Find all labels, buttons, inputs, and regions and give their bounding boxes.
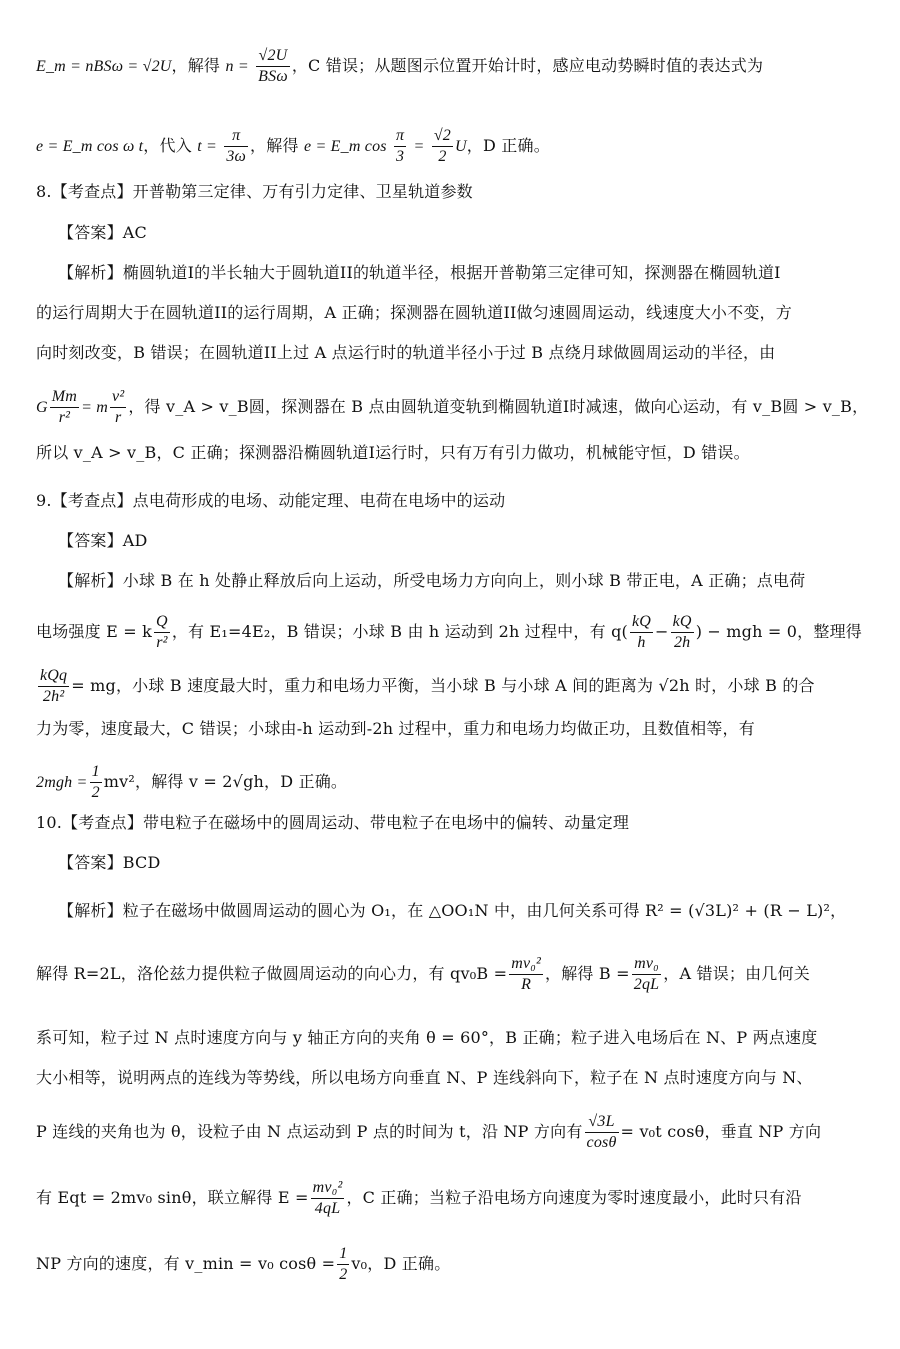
q9-text: 电场强度 E = k xyxy=(36,622,152,641)
q9-analysis-2: 电场强度 E = kQr²，有 E₁=4E₂，B 错误；小球 B 由 h 运动到… xyxy=(36,614,870,651)
q9-analysis-5: 2mgh =12mv²，解得 v = 2√gh，D 正确。 xyxy=(36,764,870,801)
q8-analysis-3: 向时刻改变，B 错误；在圆轨道II上过 A 点运行时的轨道半径小于过 B 点绕月… xyxy=(36,342,870,364)
fraction-root3l-cos: √3Lcosθ xyxy=(585,1114,619,1151)
frac-den: 4qL xyxy=(311,1199,345,1217)
q10-text: v₀，D 正确。 xyxy=(351,1254,450,1273)
q10-header: 10.【考查点】带电粒子在磁场中的圆周运动、带电粒子在电场中的偏转、动量定理 xyxy=(36,812,870,834)
q10-analysis-2: 解得 R=2L，洛伦兹力提供粒子做圆周运动的向心力，有 qv₀B =mv₀²R，… xyxy=(36,956,870,993)
frac-den: 2h² xyxy=(38,687,69,705)
fraction-half: 12 xyxy=(337,1246,349,1283)
q10-analysis-1: 【解析】粒子在磁场中做圆周运动的圆心为 O₁，在 △OO₁N 中，由几何关系可得… xyxy=(58,900,870,922)
frac-den: 2 xyxy=(432,147,453,165)
q10-answer: 【答案】BCD xyxy=(58,852,870,874)
frac-num: mv₀ xyxy=(632,956,662,975)
frac-num: 1 xyxy=(337,1246,349,1265)
formula-g: G xyxy=(36,399,48,416)
q10-text: ，A 错误；由几何关 xyxy=(663,964,810,983)
q9-text: = mg，小球 B 速度最大时，重力和电场力平衡，当小球 B 与小球 A 间的距… xyxy=(71,676,814,695)
q7-fraction-t: π3ω xyxy=(224,128,248,165)
q9-text: mv²，解得 v = 2√gh，D 正确。 xyxy=(104,772,347,791)
q7-fraction-n: √2UBSω xyxy=(256,48,290,85)
q7-u: U xyxy=(455,138,467,155)
q9-header: 9.【考查点】点电荷形成的电场、动能定理、电荷在电场中的运动 xyxy=(36,490,870,512)
frac-num: √2U xyxy=(256,48,290,67)
minus: − xyxy=(655,622,669,641)
q9-text: ) − mgh = 0，整理得 xyxy=(696,622,862,641)
fraction-mm-r2: Mmr² xyxy=(50,389,79,426)
q7-text: ，代入 xyxy=(143,136,192,155)
frac-num: √3L xyxy=(585,1114,619,1133)
q9-answer: 【答案】AD xyxy=(58,530,870,552)
q7-formula-e: e = E_m cos ω t xyxy=(36,138,143,155)
frac-den: 2 xyxy=(337,1265,349,1283)
frac-num: kQ xyxy=(630,614,653,633)
frac-den: 3ω xyxy=(224,147,248,165)
q8-text: ，探测器在 B 点由圆轨道变轨到椭圆轨道I时减速，做向心运动，有 v_B圆 > … xyxy=(265,397,868,416)
document-page: E_m = nBSω = √2U，解得 n = √2UBSω，C 错误；从题图示… xyxy=(0,0,900,1349)
q8-text: ，得 v_A > v_B圆 xyxy=(128,397,265,416)
q10-analysis-3: 系可知，粒子过 N 点时速度方向与 y 轴正方向的夹角 θ = 60°，B 正确… xyxy=(36,1027,870,1049)
q9-analysis-3: kQq2h²= mg，小球 B 速度最大时，重力和电场力平衡，当小球 B 与小球… xyxy=(36,668,870,705)
fraction-mv02-4ql: mv₀²4qL xyxy=(311,1180,345,1217)
q7-n-lhs: n = xyxy=(225,58,248,75)
frac-den: r² xyxy=(50,408,79,426)
q10-analysis-7: NP 方向的速度，有 v_min = v₀ cosθ =12v₀，D 正确。 xyxy=(36,1246,870,1283)
fraction-q-r2: Qr² xyxy=(154,614,170,651)
q10-text: NP 方向的速度，有 v_min = v₀ cosθ = xyxy=(36,1254,335,1273)
frac-den: cosθ xyxy=(585,1133,619,1151)
q10-analysis-6: 有 Eqt = 2mv₀ sinθ，联立解得 E =mv₀²4qL，C 正确；当… xyxy=(36,1180,870,1217)
q10-text: 有 Eqt = 2mv₀ sinθ，联立解得 E = xyxy=(36,1188,309,1207)
q10-text: ，解得 B = xyxy=(545,964,630,983)
q7-e-lhs: e = E_m cos xyxy=(304,138,387,155)
q9-analysis-1: 【解析】小球 B 在 h 处静止释放后向上运动，所受电场力方向向上，则小球 B … xyxy=(58,570,870,592)
q10-text: 解得 R=2L，洛伦兹力提供粒子做圆周运动的向心力，有 qv₀B = xyxy=(36,964,507,983)
q8-analysis-5: 所以 v_A > v_B，C 正确；探测器沿椭圆轨道I运行时，只有万有引力做功，… xyxy=(36,442,870,464)
q8-analysis-2: 的运行周期大于在圆轨道II的运行周期，A 正确；探测器在圆轨道II做匀速圆周运动… xyxy=(36,302,870,324)
frac-den: 2 xyxy=(90,783,102,801)
q10-analysis-5: P 连线的夹角也为 θ，设粒子由 N 点运动到 P 点的时间为 t，沿 NP 方… xyxy=(36,1114,870,1151)
frac-den: r² xyxy=(154,633,170,651)
q8-analysis-1: 【解析】椭圆轨道I的半长轴大于圆轨道II的轨道半径，根据开普勒第三定律可知，探测… xyxy=(58,262,870,284)
q7-fraction-pi3: π3 xyxy=(394,128,406,165)
formula-2mgh: 2mgh = xyxy=(36,774,88,791)
q7-text: ，解得 xyxy=(250,136,299,155)
q8-header: 8.【考查点】开普勒第三定律、万有引力定律、卫星轨道参数 xyxy=(36,181,870,203)
q7-fraction-root2: √22 xyxy=(432,128,453,165)
q10-text: P 连线的夹角也为 θ，设粒子由 N 点运动到 P 点的时间为 t，沿 NP 方… xyxy=(36,1122,583,1141)
q9-text: ，有 E₁=4E₂，B 错误；小球 B 由 h 运动到 2h 过程中，有 q( xyxy=(172,622,628,641)
frac-num: mv₀² xyxy=(509,956,543,975)
frac-den: 2h xyxy=(671,633,694,651)
frac-num: Mm xyxy=(50,389,79,408)
q7-t-lhs: t = xyxy=(197,138,217,155)
frac-den: 2qL xyxy=(632,975,662,993)
fraction-mv0-2ql: mv₀2qL xyxy=(632,956,662,993)
frac-num: kQ xyxy=(671,614,694,633)
q7-text-c: ，C 错误；从题图示位置开始计时，感应电动势瞬时值的表达式为 xyxy=(292,56,763,75)
q10-text: ，C 正确；当粒子沿电场方向速度为零时速度最小，此时只有沿 xyxy=(346,1188,801,1207)
frac-den: 3 xyxy=(394,147,406,165)
q8-answer: 【答案】AC xyxy=(58,222,870,244)
equals: = xyxy=(414,138,425,155)
frac-num: Q xyxy=(154,614,170,633)
frac-num: kQq xyxy=(38,668,69,687)
q7-conclusion: ，D 正确。 xyxy=(467,136,550,155)
fraction-v2-r: v²r xyxy=(110,389,126,426)
q9-analysis-4: 力为零，速度最大，C 错误；小球由-h 运动到-2h 过程中，重力和电场力均做正… xyxy=(36,718,870,740)
frac-num: mv₀² xyxy=(311,1180,345,1199)
q7-line-1: E_m = nBSω = √2U，解得 n = √2UBSω，C 错误；从题图示… xyxy=(36,48,870,85)
fraction-mv02-r: mv₀²R xyxy=(509,956,543,993)
frac-num: π xyxy=(224,128,248,147)
frac-num: v² xyxy=(110,389,126,408)
q10-analysis-4: 大小相等，说明两点的连线为等势线，所以电场方向垂直 N、P 连线斜向下，粒子在 … xyxy=(36,1067,870,1089)
frac-num: π xyxy=(394,128,406,147)
frac-den: R xyxy=(509,975,543,993)
frac-den: r xyxy=(110,408,126,426)
frac-den: BSω xyxy=(256,67,290,85)
frac-num: 1 xyxy=(90,764,102,783)
fraction-kq-h: kQh xyxy=(630,614,653,651)
q7-line-2: e = E_m cos ω t，代入 t = π3ω，解得 e = E_m co… xyxy=(36,128,870,165)
frac-num: √2 xyxy=(432,128,453,147)
q10-text: = v₀t cosθ，垂直 NP 方向 xyxy=(621,1122,822,1141)
equals-m: = m xyxy=(81,399,108,416)
q7-text: ，解得 xyxy=(172,56,221,75)
fraction-half: 12 xyxy=(90,764,102,801)
frac-den: h xyxy=(630,633,653,651)
fraction-kqq-2h2: kQq2h² xyxy=(38,668,69,705)
q8-analysis-4: GMmr²= mv²r，得 v_A > v_B圆，探测器在 B 点由圆轨道变轨到… xyxy=(36,389,870,426)
fraction-kq-2h: kQ2h xyxy=(671,614,694,651)
q7-formula-em: E_m = nBSω = √2U xyxy=(36,58,172,75)
